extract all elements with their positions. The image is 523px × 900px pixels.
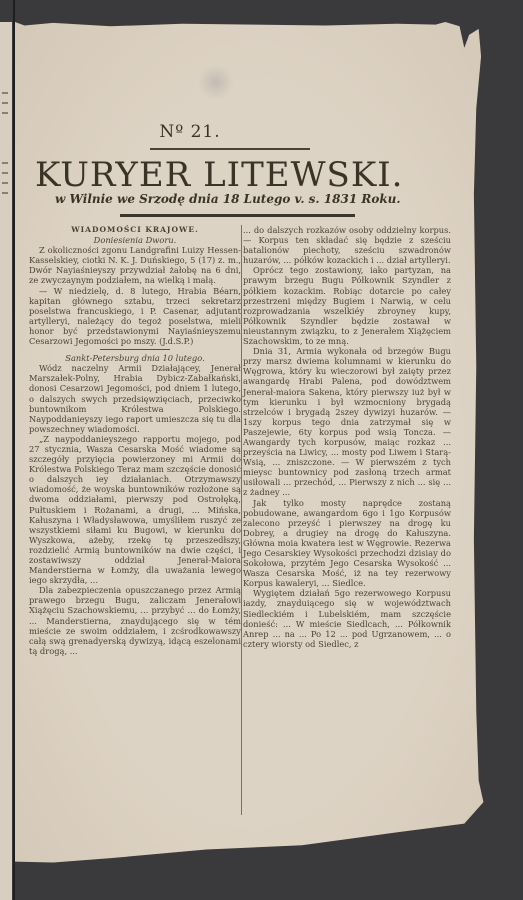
left-column: WIADOMOŚCI KRAJOWE. Doniesienia Dworu. Z…	[29, 225, 241, 656]
dispatch-dateline: Sankt-Petersburg dnia 10 lutego.	[29, 353, 241, 363]
masthead-rule	[120, 214, 355, 217]
section-rule	[100, 349, 170, 350]
column-divider	[241, 225, 242, 815]
article-paragraph: Oprócz tego zostawiony, iako partyzan, n…	[243, 265, 451, 346]
binding-spine	[13, 0, 15, 900]
newspaper-title: KURYER LITEWSKI.	[35, 155, 435, 195]
right-column: ... do dalszych rozkazów osoby oddzielny…	[243, 225, 451, 649]
article-paragraph: Wygiętem działań 5go rezerwowego Korpusu…	[243, 588, 451, 649]
newspaper-page: Nº 21. KURYER LITEWSKI. w Wilnie we Srzo…	[15, 22, 493, 884]
subheading: Doniesienia Dworu.	[29, 235, 241, 245]
adjacent-page-edge	[0, 22, 12, 900]
section-heading: WIADOMOŚCI KRAJOWE.	[29, 225, 241, 235]
masthead-dateline: w Wilnie we Srzodę dnia 18 Lutego v. s. …	[55, 192, 415, 206]
article-paragraph: „Z naypoddanieyszego rapportu mojego, po…	[29, 434, 241, 585]
article-paragraph: Jak tylko mosty naprędce zostaną pobudow…	[243, 498, 451, 589]
article-paragraph: ... do dalszych rozkazów osoby oddzielny…	[243, 225, 451, 265]
issue-number: Nº 21.	[115, 122, 265, 142]
article-paragraph: Dnia 31, Armia wykonała od brzegów Bugu …	[243, 346, 451, 497]
issue-rule	[150, 148, 310, 150]
article-paragraph: — W niedzielę, d. 8 lutego, Hrabia Béarn…	[29, 286, 241, 347]
article-paragraph: Dla zabezpieczenia opuszczanego przez Ar…	[29, 585, 241, 656]
article-paragraph: Z okoliczności zgonu Landgrafini Luizy H…	[29, 245, 241, 285]
article-paragraph: Wódz naczelny Armii Działającey, Jenerał…	[29, 363, 241, 434]
